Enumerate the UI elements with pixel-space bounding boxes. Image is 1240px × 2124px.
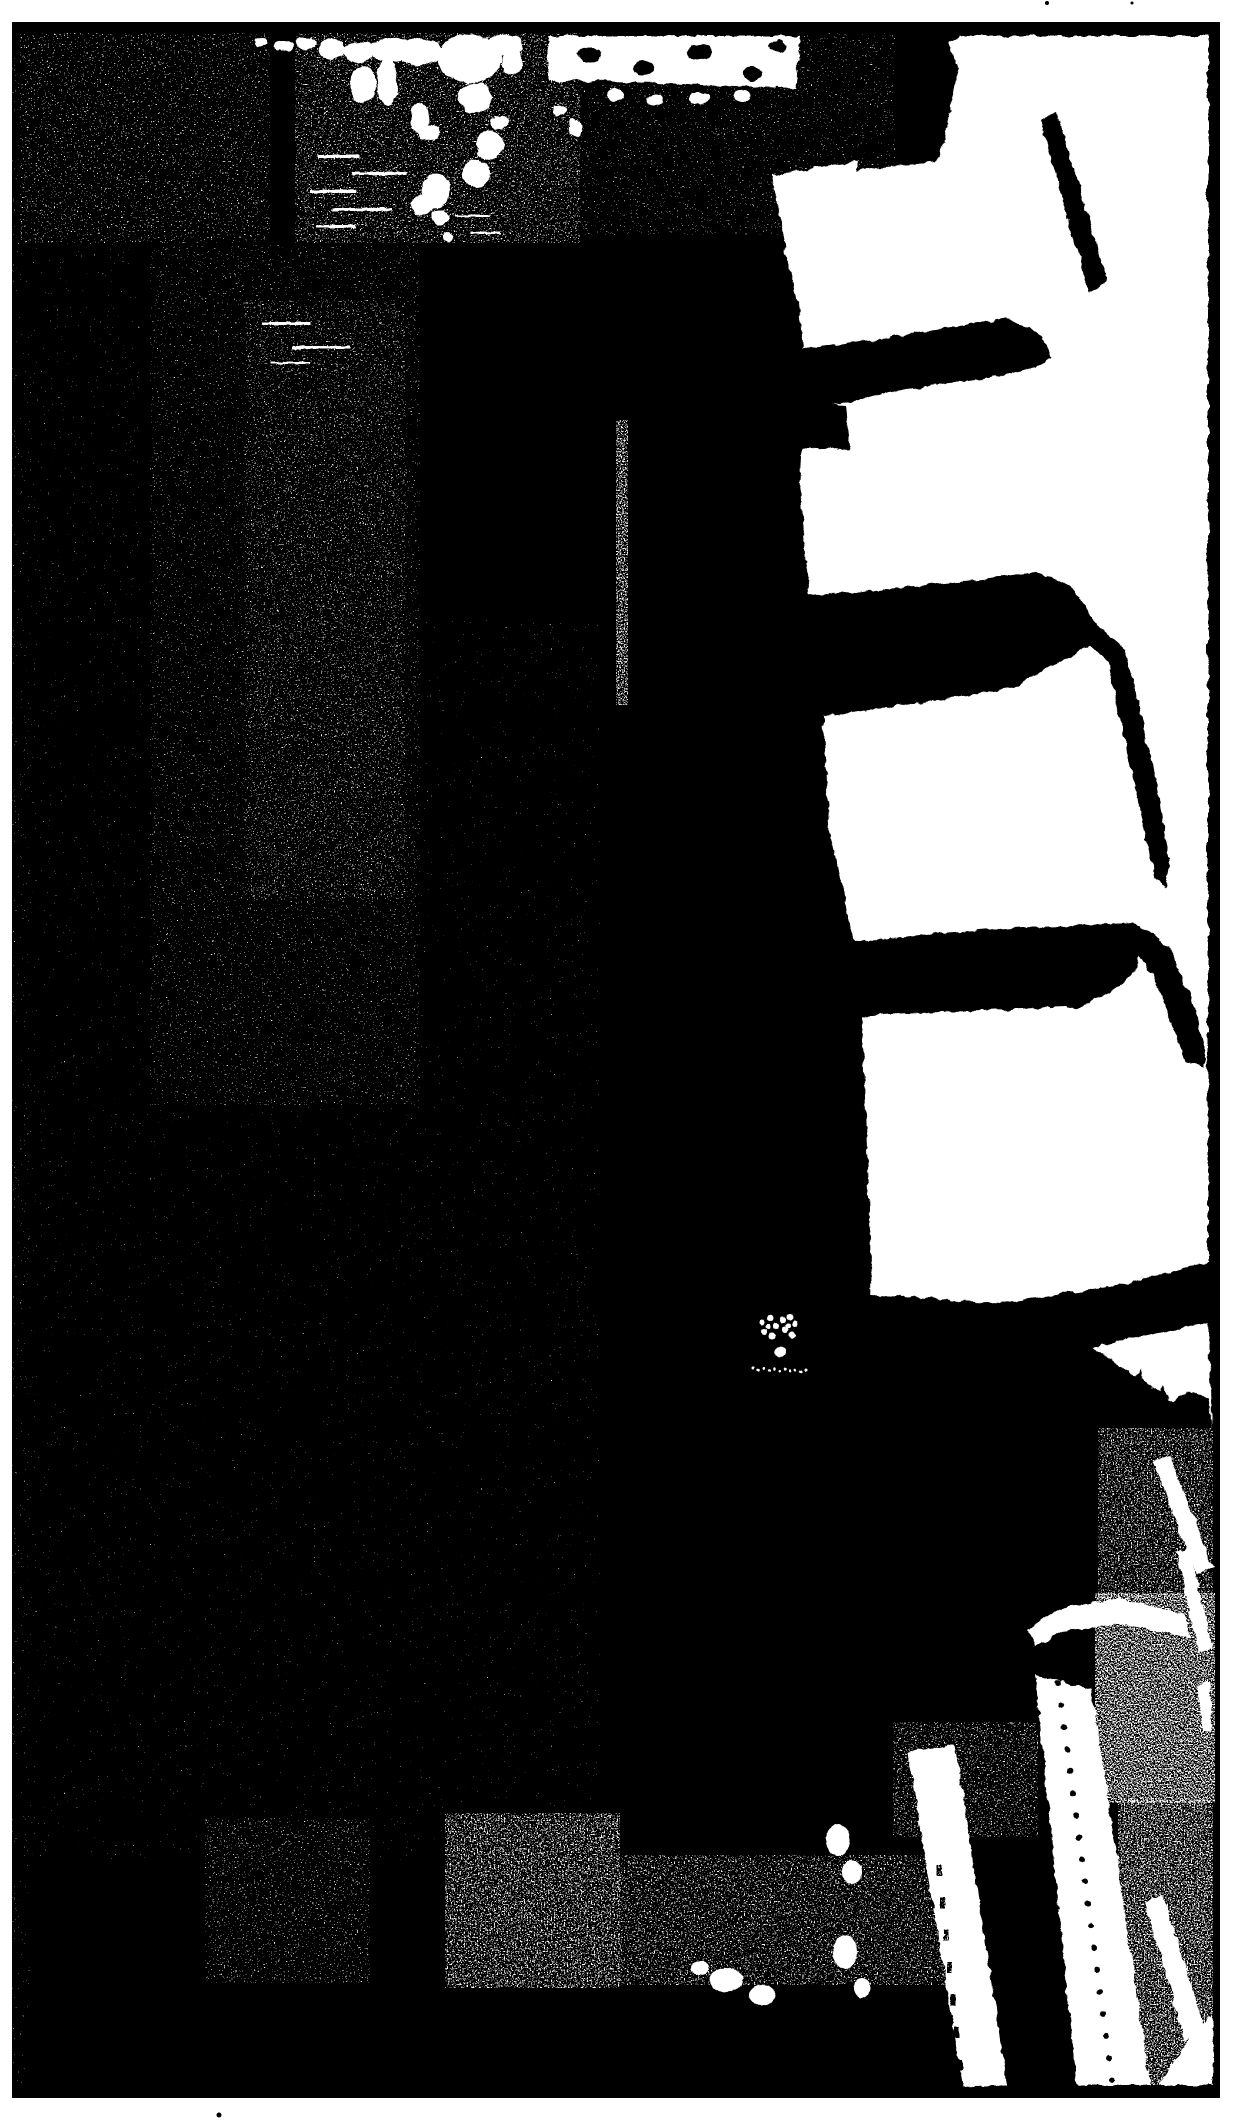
scanned-photo <box>0 0 1240 2124</box>
stud-dash-line-dash <box>958 2060 963 2071</box>
ornament-squiggle-dot <box>794 1368 797 1371</box>
rivet-dot-line-dot <box>1097 1989 1103 1995</box>
ornament-squiggle-dot <box>773 1367 776 1370</box>
ornament-dot-1 <box>767 1315 774 1322</box>
ornament-dot-5 <box>766 1325 771 1330</box>
ground-specks-left <box>205 1818 370 1983</box>
ornament-dot-4 <box>769 1333 776 1340</box>
ornament-squiggle-dot <box>778 1370 781 1373</box>
strip-transition-grain <box>893 1722 1038 1837</box>
document-page <box>0 0 1240 2124</box>
rivet-dot-line-dot <box>1067 1768 1073 1774</box>
rivet-dot-line-dot <box>1070 1790 1076 1796</box>
margin-dot-bottom <box>217 2113 222 2118</box>
foliage-grain-topleft <box>20 33 270 243</box>
rivet-dot-line-dot <box>1094 1967 1100 1973</box>
sky-hole-2 <box>688 44 712 60</box>
sky-hole-3 <box>742 67 762 81</box>
left-border-ragged <box>12 33 30 2085</box>
ornament-dot-11 <box>786 1324 791 1329</box>
ground-grain-right <box>618 1855 963 1985</box>
ornament-squiggle-dot <box>762 1367 765 1370</box>
bush-dither-lower <box>1118 1800 1213 2085</box>
ornament-dot-6 <box>780 1317 786 1323</box>
ornament-dot-2 <box>773 1323 779 1329</box>
ornament-dot-8 <box>792 1321 798 1327</box>
ornament-dot-10 <box>789 1332 796 1339</box>
cross-band-1-lobe <box>792 402 850 450</box>
sky-hole-1 <box>633 61 653 75</box>
rivet-dot-line-dot <box>1055 1680 1061 1686</box>
ornament-blob <box>774 1347 786 1357</box>
ornament-dot-7 <box>787 1314 794 1321</box>
margin-dot-top-2 <box>1131 2 1134 5</box>
rivet-dot-line-dot <box>1061 1724 1067 1730</box>
sky-hole-0 <box>578 47 602 63</box>
bush-dither-mid <box>1098 1428 1213 1598</box>
sky-grain <box>295 33 580 243</box>
rivet-dot-line-dot <box>1082 1879 1088 1885</box>
foliage-grain-left <box>20 243 140 623</box>
rivet-dot-line-dot <box>1064 1746 1070 1752</box>
rivet-dot-line-dot <box>1073 1812 1079 1818</box>
ground-blob-5 <box>749 1985 775 2005</box>
rivet-dot-line-dot <box>1109 2077 1115 2083</box>
rivet-dot-line-dot <box>1076 1834 1082 1840</box>
foliage-grain-right <box>795 33 895 173</box>
sky-blob-1 <box>274 41 292 51</box>
ornament-squiggle-dot <box>783 1368 786 1371</box>
ground-blob-0 <box>826 1824 850 1856</box>
ornament-squiggle-dot <box>799 1370 802 1373</box>
ornament-squiggle-dot <box>789 1370 792 1373</box>
ornament-squiggle-dot <box>767 1369 770 1372</box>
ground-grain-center <box>445 1813 620 1988</box>
ornament-dot-3 <box>761 1329 767 1335</box>
rivet-dot-line-dot <box>1091 1945 1097 1951</box>
rivet-dot-line-dot <box>1058 1702 1064 1708</box>
sky-hole-4 <box>770 40 786 52</box>
stud-dash-line-dash <box>954 2027 959 2038</box>
margin-dot-top-1 <box>1045 1 1049 5</box>
rivet-dot-line-dot <box>1100 2011 1106 2017</box>
trunk-rim-line <box>616 420 628 705</box>
rivet-dot-line-dot <box>1088 1923 1094 1929</box>
stud-dash-line-dash <box>951 1995 956 2006</box>
rivet-dot-line-dot <box>1103 2033 1109 2039</box>
rivet-dot-line-dot <box>1106 2055 1112 2061</box>
rivet-dot-line-dot <box>1085 1901 1091 1907</box>
foliage-grain-mid <box>575 85 805 235</box>
rivet-dot-line-dot <box>1079 1856 1085 1862</box>
ornament-squiggle-dot <box>805 1369 808 1372</box>
ornament-squiggle-dot <box>752 1367 755 1370</box>
shadow-stray-specks <box>20 620 600 1860</box>
ornament-squiggle-dot <box>757 1369 760 1372</box>
bush-dither-upper <box>1095 1593 1215 1803</box>
ornament-dot-0 <box>759 1319 765 1325</box>
